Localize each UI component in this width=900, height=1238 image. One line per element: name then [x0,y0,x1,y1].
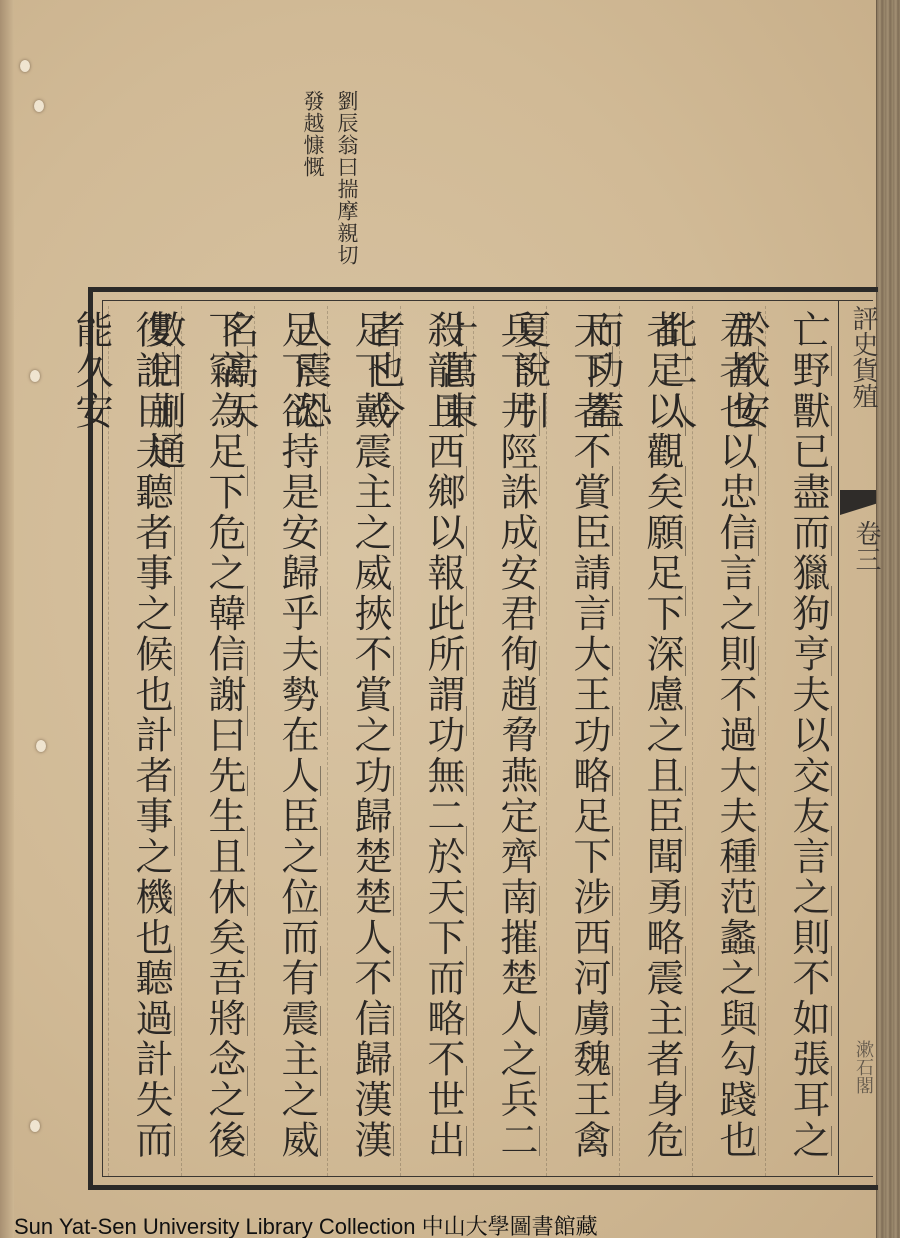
banxin-volume: 卷三 [848,520,885,572]
library-watermark: Sun Yat-Sen University Library Collectio… [14,1210,598,1238]
text-column-7: 足下戴震主之威挾不賞之功歸楚楚人不信歸漢漢人震恐 [327,306,400,1176]
punctuation-marks [174,316,175,1166]
text-column-8: 足下欲持是安歸乎夫勢在人臣之位而有震主之威名高天 [254,306,327,1176]
text-column-6: 殺龍且西鄉以報此所謂功無二於天下而略不世出者也今 [400,306,473,1176]
punctuation-marks [685,316,686,1166]
punctuation-marks [247,316,248,1166]
text-column-2: 君者也以忠信言之則不過大夫種范蠡之與勾踐也此二人 [692,306,765,1176]
header-annotation-line1: 劉辰翁曰揣摩親切 [334,90,360,266]
binding-hole-icon [20,60,30,72]
text-column-5: 兵下井陘誅成安君徇趙脅燕定齊南摧楚人之兵二十萬東 [473,306,546,1176]
book-spine-edge [876,0,900,1238]
binding-hole-icon [36,740,46,752]
punctuation-marks [466,316,467,1166]
punctuation-marks [612,316,613,1166]
punctuation-marks [539,316,540,1166]
text-column-3: 者足以觀矣願足下深慮之且臣聞勇略震主者身危而功蓋 [619,306,692,1176]
binding-hole-icon [34,100,44,112]
punctuation-marks [831,316,832,1166]
punctuation-marks [393,316,394,1166]
binding-hole-icon [30,1120,40,1132]
binding-hole-icon [30,370,40,382]
banxin-book-title: 評史貨殖 [848,305,878,409]
text-column-10: 復說曰夫聽者事之候也計者事之機也聽過計失而能久安 [108,306,181,1176]
page-left-edge [0,0,14,1238]
text-column-1: 亡野獸已盡而獵狗亨夫以交友言之則不如張耳之於成安 [765,306,838,1176]
text-column-4: 天下者不賞臣請言大王功略足下涉西河虜魏王禽夏說引 [546,306,619,1176]
punctuation-marks [320,316,321,1166]
main-text-columns: 亡野獸已盡而獵狗亨夫以交友言之則不如張耳之於成安 君者也以忠信言之則不過大夫種范… [108,306,838,1176]
banxin-publisher: 漱石閣 [850,1040,876,1094]
text-column-9: 下竊為足下危之韓信謝曰先生且休矣吾將念之後數日蒯通 [181,306,254,1176]
header-annotation-line2: 發越慷慨 [300,90,326,178]
punctuation-marks [758,316,759,1166]
